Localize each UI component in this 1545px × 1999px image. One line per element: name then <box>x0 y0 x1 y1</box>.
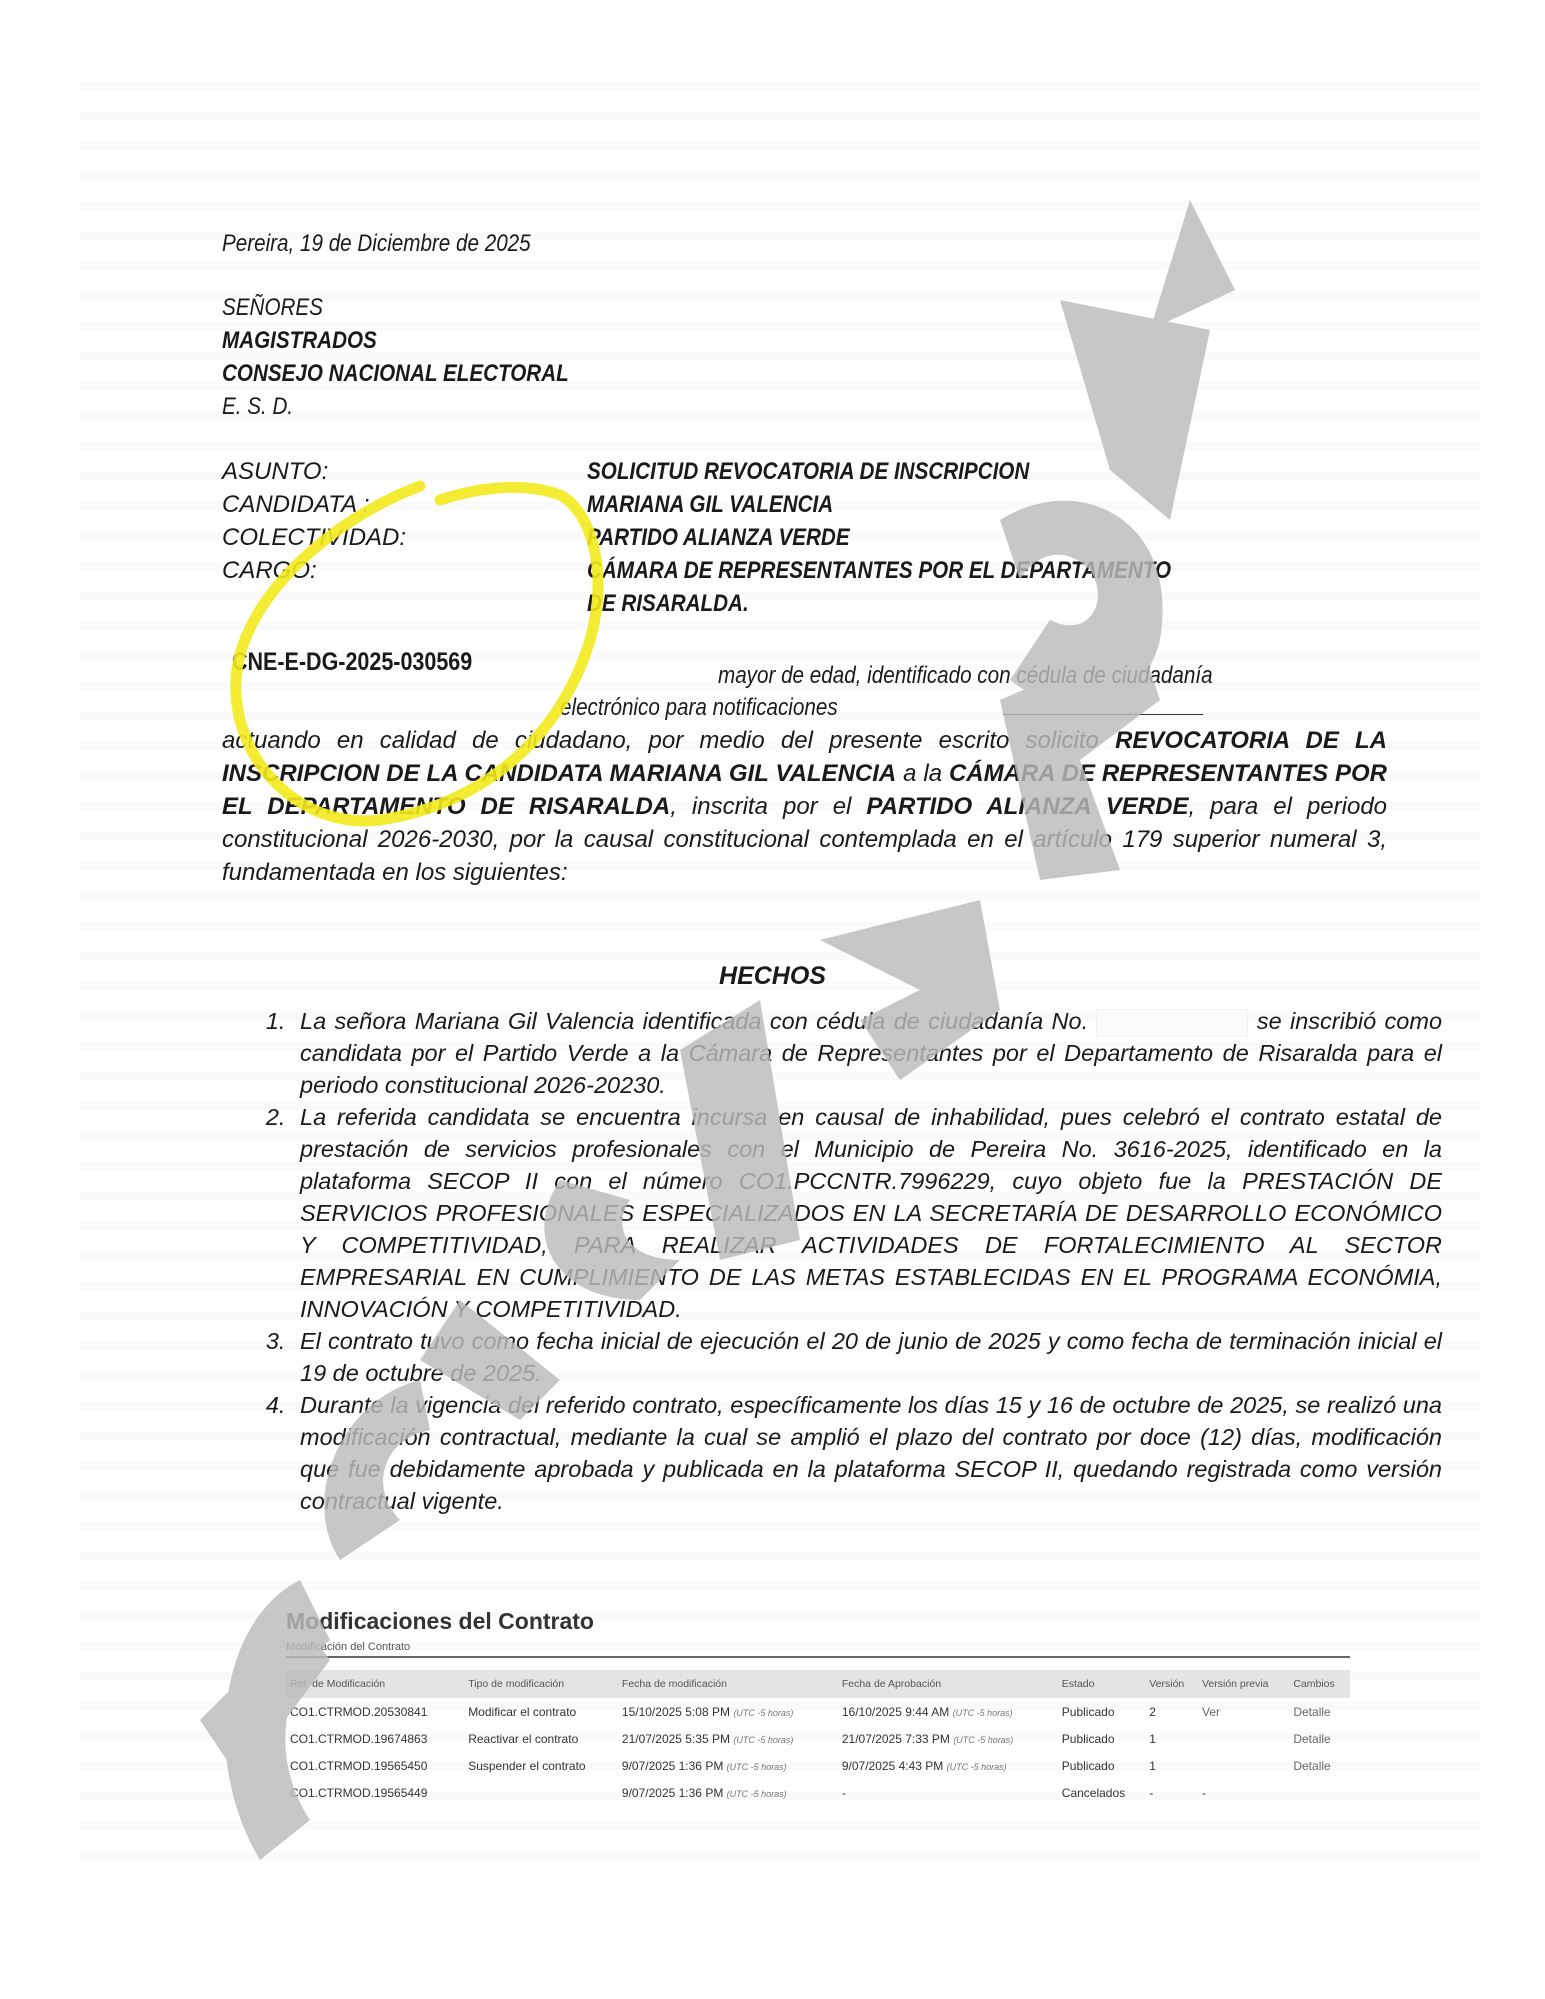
meta-row-asunto: ASUNTO:SOLICITUD REVOCATORIA DE INSCRIPC… <box>222 456 1266 489</box>
cell-ref: CO1.CTRMOD.19565450 <box>286 1752 464 1779</box>
cell-appr-date: - <box>838 1779 1058 1806</box>
document-page: Pereira, 19 de Diciembre de 2025 SEÑORES… <box>0 0 1545 1999</box>
meta-row-candidata: CANDIDATA :MARIANA GIL VALENCIA <box>222 489 1266 522</box>
meta-row-cargo: CARGO:CÁMARA DE REPRESENTANTES POR EL DE… <box>222 555 1266 588</box>
ver-link[interactable]: Ver <box>1198 1698 1289 1725</box>
cell-type: Reactivar el contrato <box>464 1725 618 1752</box>
addressee-line: E. S. D. <box>222 391 625 424</box>
cell-version: 1 <box>1145 1752 1198 1779</box>
cell-ref: CO1.CTRMOD.19565449 <box>286 1779 464 1806</box>
cell-mod-date: 15/10/2025 5:08 PM (UTC -5 horas) <box>618 1698 838 1725</box>
addressee-line: MAGISTRADOS <box>222 325 625 358</box>
place-date: Pereira, 19 de Diciembre de 2025 <box>222 228 581 260</box>
cell-mod-date: 9/07/2025 1:36 PM (UTC -5 horas) <box>618 1752 838 1779</box>
addressee-line: SEÑORES <box>222 292 625 325</box>
cell-mod-date: 21/07/2025 5:35 PM (UTC -5 horas) <box>618 1725 838 1752</box>
cell-prev-version <box>1198 1725 1289 1752</box>
table-row: CO1.CTRMOD.19565449 9/07/2025 1:36 PM (U… <box>286 1779 1350 1806</box>
table-header-row: Ref. de Modificación Tipo de modificació… <box>286 1670 1350 1698</box>
col-changes: Cambios <box>1289 1670 1350 1698</box>
cell-prev-version: - <box>1198 1779 1289 1806</box>
cell-appr-date: 21/07/2025 7:33 PM (UTC -5 horas) <box>838 1725 1058 1752</box>
col-prev-version: Versión previa <box>1198 1670 1289 1698</box>
cell-status: Publicado <box>1058 1752 1145 1779</box>
cell-version: 2 <box>1145 1698 1198 1725</box>
table-row: CO1.CTRMOD.19565450 Suspender el contrat… <box>286 1752 1350 1779</box>
fact-item: La referida candidata se encuentra incur… <box>292 1101 1442 1325</box>
addressee-line: CONSEJO NACIONAL ELECTORAL <box>222 358 625 391</box>
cell-prev-version <box>1198 1752 1289 1779</box>
secop-subtitle: Modificación del Contrato <box>286 1641 1350 1658</box>
cell-changes <box>1289 1779 1350 1806</box>
redacted-id-number <box>1096 1009 1248 1037</box>
col-ref: Ref. de Modificación <box>286 1670 464 1698</box>
intro-line-2: electrónico para notificaciones <box>560 692 1203 724</box>
detalle-link[interactable]: Detalle <box>1289 1752 1350 1779</box>
filing-number-stamp: CNE-E-DG-2025-030569 <box>232 648 511 677</box>
table-row: CO1.CTRMOD.19674863 Reactivar el contrat… <box>286 1725 1350 1752</box>
modifications-table: Ref. de Modificación Tipo de modificació… <box>286 1670 1350 1806</box>
addressee-block: SEÑORES MAGISTRADOS CONSEJO NACIONAL ELE… <box>222 292 625 424</box>
meta-row-colectividad: COLECTIVIDAD:PARTIDO ALIANZA VERDE <box>222 522 1266 555</box>
cell-ref: CO1.CTRMOD.19674863 <box>286 1725 464 1752</box>
cell-type: Modificar el contrato <box>464 1698 618 1725</box>
section-title-hechos: HECHOS <box>0 962 1545 991</box>
cell-version: 1 <box>1145 1725 1198 1752</box>
cell-type <box>464 1779 618 1806</box>
subject-block: ASUNTO:SOLICITUD REVOCATORIA DE INSCRIPC… <box>222 456 1266 621</box>
secop-modifications-screenshot: Modificaciones del Contrato Modificación… <box>286 1608 1350 1806</box>
cell-ref: CO1.CTRMOD.20530841 <box>286 1698 464 1725</box>
col-version: Versión <box>1145 1670 1198 1698</box>
cell-type: Suspender el contrato <box>464 1752 618 1779</box>
cell-appr-date: 9/07/2025 4:43 PM (UTC -5 horas) <box>838 1752 1058 1779</box>
facts-list: La señora Mariana Gil Valencia identific… <box>240 1005 1442 1517</box>
cell-version: - <box>1145 1779 1198 1806</box>
intro-line-1: mayor de edad, identificado con cédula d… <box>718 660 1293 692</box>
petition-paragraph: actuando en calidad de ciudadano, por me… <box>222 724 1387 889</box>
cell-mod-date: 9/07/2025 1:36 PM (UTC -5 horas) <box>618 1779 838 1806</box>
detalle-link[interactable]: Detalle <box>1289 1698 1350 1725</box>
col-status: Estado <box>1058 1670 1145 1698</box>
col-type: Tipo de modificación <box>464 1670 618 1698</box>
col-mod-date: Fecha de modificación <box>618 1670 838 1698</box>
table-row: CO1.CTRMOD.20530841 Modificar el contrat… <box>286 1698 1350 1725</box>
cell-status: Cancelados <box>1058 1779 1145 1806</box>
detalle-link[interactable]: Detalle <box>1289 1725 1350 1752</box>
secop-title: Modificaciones del Contrato <box>286 1608 1350 1635</box>
meta-row-cargo-cont: DE RISARALDA. <box>222 588 1266 621</box>
fact-item: La señora Mariana Gil Valencia identific… <box>292 1005 1442 1101</box>
cell-status: Publicado <box>1058 1725 1145 1752</box>
fact-item: Durante la vigencia del referido contrat… <box>292 1389 1442 1517</box>
cell-appr-date: 16/10/2025 9:44 AM (UTC -5 horas) <box>838 1698 1058 1725</box>
cell-status: Publicado <box>1058 1698 1145 1725</box>
fact-item: El contrato tuvo como fecha inicial de e… <box>292 1325 1442 1389</box>
col-appr-date: Fecha de Aprobación <box>838 1670 1058 1698</box>
email-blank-line <box>1003 714 1203 715</box>
